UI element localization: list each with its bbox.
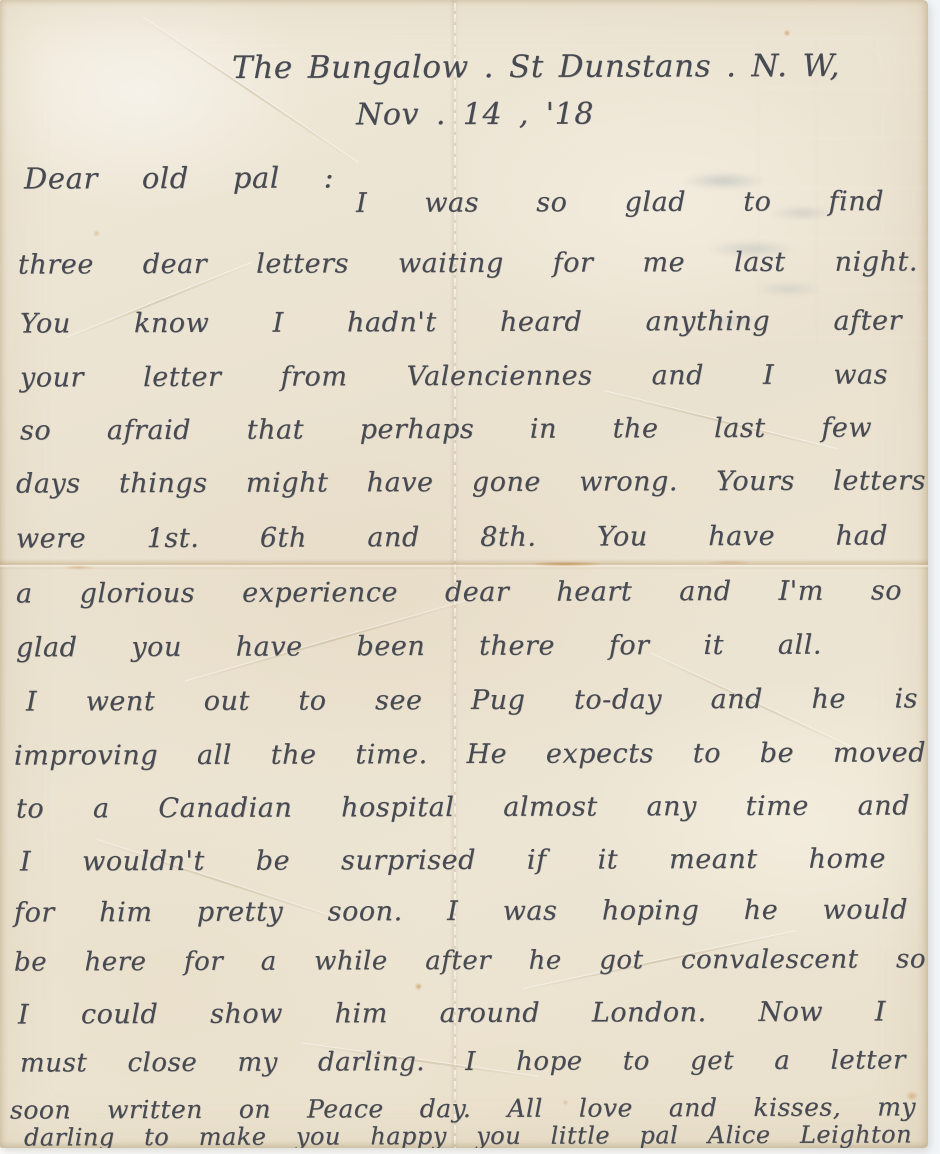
- letter-salutation: Dear old pal :: [24, 159, 334, 196]
- paper-stain: [92, 229, 101, 238]
- horizontal-fold-crease: [0, 559, 928, 570]
- letter-body-line: a glorious experience dear heart and I'm…: [16, 574, 902, 611]
- letter-body-line: glad you have been there for it all.: [16, 629, 822, 666]
- letter-scan: The Bungalow . St Dunstans . N. W, Nov .…: [0, 0, 940, 1154]
- wrinkle-line: [142, 17, 359, 164]
- letter-body-line: I went out to see Pug to-day and he is: [26, 682, 918, 719]
- paper-stain: [783, 29, 791, 37]
- letter-body-line: be here for a while after he got convale…: [14, 943, 926, 979]
- letter-body-line: You know I hadn't heard anything after: [20, 304, 902, 341]
- letter-body-line: were 1st. 6th and 8th. You have had: [16, 519, 888, 556]
- letter-body-line: three dear letters waiting for me last n…: [18, 245, 918, 282]
- letter-body-line: for him pretty soon. I was hoping he wou…: [14, 893, 908, 930]
- letter-address: The Bungalow . St Dunstans . N. W,: [232, 47, 840, 88]
- letter-body-line: days things might have gone wrong. Yours…: [16, 464, 926, 501]
- letter-body-line: must close my darling. I hope to get a l…: [20, 1044, 906, 1080]
- letter-body-line: I wouldn't be surprised if it meant home: [20, 842, 886, 879]
- letter-body-line: to a Canadian hospital almost any time a…: [16, 789, 910, 826]
- letter-date: Nov . 14 , '18: [356, 96, 594, 134]
- paper-stain: [700, 560, 760, 565]
- letter-body-line: I could show him around London. Now I: [18, 995, 886, 1032]
- letter-paper: The Bungalow . St Dunstans . N. W, Nov .…: [0, 0, 928, 1148]
- letter-body-line: your letter from Valenciennes and I was: [20, 358, 888, 395]
- paper-stain: [518, 561, 613, 567]
- letter-body-line: improving all the time. He expects to be…: [14, 736, 926, 773]
- letter-body-line letter-signature-line: darling to make you happy you little pal…: [24, 1119, 912, 1148]
- letter-body-line: I was so glad to find: [356, 185, 884, 221]
- letter-body-line: so afraid that perhaps in the last few: [20, 412, 872, 449]
- paper-stain: [58, 565, 100, 570]
- paper-stain: [414, 982, 423, 991]
